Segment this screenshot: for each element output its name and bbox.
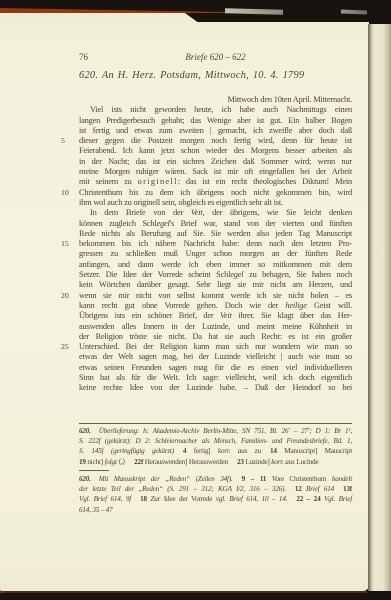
text-line: Viel ists nicht geworden heute, ich habe… — [79, 105, 352, 115]
text-line: in der Nacht; das ist ein sichres Zeiche… — [79, 157, 352, 167]
text-line: mit seinem zu originell: das ist ein rec… — [79, 177, 352, 187]
text-line: Übrigens ists ein schöner Brief, der Vei… — [79, 311, 352, 321]
text-line: anfangen, und dann werde ich eben immer … — [79, 260, 352, 270]
text-segment: der letzte Teil der „Reden“ (S. 291 – 31… — [79, 485, 286, 493]
text-segment: : das ist ein recht theologisches Diktum… — [178, 177, 352, 186]
text-line: der Religion tröste sie nicht. Da hat si… — [79, 332, 352, 342]
text-segment: Sinn hat als für die Welt. Ich sage: vie… — [79, 373, 352, 382]
text-segment: egel — [157, 219, 170, 228]
apparatus-commentary: 620.Mit Manuskript der „Reden“ (Zeilen 3… — [79, 474, 352, 515]
text-segment: gressen zu schließen muß Unger schon mor… — [79, 249, 352, 258]
text-segment: bekommen bis ich nähere Nachricht habe: … — [79, 239, 352, 248]
text-line: Mittwoch den 10ten April. Mitternacht. — [79, 95, 352, 105]
headband-streak — [341, 10, 367, 15]
text-segment: keine rechte Idee von der Luzinde habe. … — [79, 383, 352, 392]
text-segment: fertig] — [186, 447, 218, 455]
text-line: ihm wol auch zu originell sein, obgleich… — [79, 198, 352, 208]
text-segment: dieser gegen die Postzeit morgen noch fe… — [79, 136, 352, 145]
text-segment: Christenthum bis zu dem ich übrigens noc… — [79, 188, 352, 197]
text-segment: vgl. Brief 614, 10 – 14. — [216, 495, 287, 503]
text-segment: können zugleich Schl — [79, 219, 157, 228]
text-segment: ihm wol auch zu originell sein, obgleich… — [79, 198, 283, 207]
text-segment: Christenthum — [284, 475, 332, 483]
text-segment: handelt — [332, 475, 352, 483]
apparatus-rule — [79, 423, 352, 424]
text-segment: 620. — [79, 427, 91, 435]
text-line: der letzte Teil der „Reden“ (S. 291 – 31… — [79, 484, 352, 494]
text-line: meine Morgen ruhiger wären. Sack ist mir… — [79, 167, 352, 177]
text-segment: , der übrigens, wie Sie leicht denken — [203, 208, 352, 217]
text-line: auswenden alles Innern in der Luzinde, u… — [79, 322, 352, 332]
letter-body: Mittwoch den 10ten April. Mitternacht.Vi… — [79, 95, 352, 394]
text-line: 10Christenthum bis zu dem ich übrigens n… — [79, 188, 352, 198]
text-segment: folgt — [105, 458, 117, 466]
text-segment: 614, 35 – 47 — [79, 506, 113, 514]
text-line: 620.Mit Manuskript der „Reden“ (Zeilen 3… — [79, 474, 352, 484]
text-segment: egel — [230, 270, 243, 279]
text-segment: Herauswenden] Herauswerden — [143, 458, 228, 466]
text-segment: nicht] — [86, 458, 105, 466]
text-line: Vgl. Brief 614, 9f18 Zur Idee der Vorred… — [79, 494, 352, 504]
text-line: ist fertig und etwas zum zweiten | gemac… — [79, 126, 352, 136]
text-line: kein Wörtchen darüber gesagt. Sehr liegt… — [79, 280, 352, 290]
text-segment: 620. — [79, 475, 91, 483]
text-line: 5dieser gegen die Postzeit morgen noch f… — [79, 136, 352, 146]
text-line: Rede nichts als Berufung auf Sie. Sie we… — [79, 229, 352, 239]
text-segment: 14 — [270, 447, 277, 455]
text-line: können zugleich Schlegel's Brief war, st… — [79, 219, 352, 229]
text-line: 614, 35 – 47 — [79, 505, 352, 515]
text-segment: auswenden alles Innern in der Luzinde, u… — [79, 322, 352, 331]
text-segment: Überlieferung: h: Akademie-Archiv Berlin… — [99, 427, 352, 435]
text-segment: Vom — [272, 475, 284, 483]
folio-number: 76 — [79, 52, 88, 62]
text-line: langen Predigerbesuch gehabt; das Wenige… — [79, 116, 352, 126]
bottom-edge-line — [2, 591, 367, 593]
text-segment: 22f — [134, 458, 143, 466]
text-segment: Setzer. Die Idee der Vorrede scheint Sch… — [79, 270, 230, 279]
text-segment: kein Wörtchen darüber gesagt. Sehr liegt… — [79, 280, 352, 289]
text-segment: originell — [138, 177, 178, 186]
apparatus-divider-rule — [79, 470, 109, 471]
text-segment: zu behagen, Sie haben noch — [243, 270, 352, 279]
letter-heading: 620. An H. Herz. Potsdam, Mittwoch, 10. … — [79, 70, 352, 81]
text-segment: Veit — [191, 208, 203, 217]
text-segment: in der Nacht; das ist ein sichres Zeiche… — [79, 157, 352, 166]
text-segment: ihrer. Sie klagt über das Her- — [232, 311, 352, 320]
text-segment: wenn sie mir nicht von selbst kommt werd… — [79, 291, 352, 300]
text-segment: Unterschied. Bei der Religion kann man s… — [79, 342, 352, 351]
text-segment: Mittwoch den 10ten April. Mitternacht. — [227, 95, 352, 104]
text-segment: 's Brief war, stand von der vierten und … — [170, 219, 352, 228]
line-number: 5 — [61, 136, 75, 146]
text-segment: etwas seinen Freunden sagen mag für die … — [79, 363, 352, 372]
text-line: Feierabend. Ich kann jetzt schon wieder … — [79, 146, 352, 156]
text-segment: langen Predigerbesuch gehabt; das Wenige… — [79, 116, 352, 125]
text-line: 19 nicht] folgt ⟨,⟩22f Herauswenden] Her… — [79, 457, 352, 467]
text-line: 25Unterschied. Bei der Religion kann man… — [79, 342, 352, 352]
text-segment: Vgl. Brief 614, 9f — [79, 495, 131, 503]
text-line: gressen zu schließen muß Unger schon mor… — [79, 249, 352, 259]
text-segment: S. 145f (geringfügig gekürzt) — [79, 447, 174, 455]
text-segment: der Religion tröste sie nicht. Da hat si… — [79, 332, 352, 341]
text-segment: kann recht gut ohne Vorrede gehen. Doch … — [79, 301, 285, 310]
text-line: 15bekommen bis ich nähere Nachricht habe… — [79, 239, 352, 249]
text-line: In dem Briefe von der Veit, der übrigens… — [79, 208, 352, 218]
text-segment: ist fertig und etwas zum zweiten | gemac… — [79, 126, 352, 135]
text-segment: Übrigens ists ein schöner Brief, der — [79, 311, 220, 320]
text-line: Sinn hat als für die Welt. Ich sage: vie… — [79, 373, 352, 383]
running-header: 76 Briefe 620 – 622 — [79, 52, 352, 64]
line-number: 20 — [61, 291, 75, 301]
text-segment: anfangen, und dann werde ich eben immer … — [79, 260, 352, 269]
text-segment: meine Morgen ruhiger wären. Sack ist mir… — [79, 167, 352, 176]
running-head: Briefe 620 – 622 — [79, 52, 352, 62]
text-segment: Feierabend. Ich kann jetzt schon wieder … — [79, 146, 352, 155]
text-line: etwas seinen Freunden sagen mag für die … — [79, 363, 352, 373]
text-segment: Lucinde — [295, 458, 319, 466]
top-right-shadow — [185, 13, 391, 22]
text-segment: heilige — [285, 301, 306, 310]
text-segment: Zur — [150, 495, 160, 503]
text-segment: korr. aus — [271, 458, 294, 466]
text-segment: zu — [247, 447, 261, 455]
text-segment: 22 – 24 — [296, 495, 320, 503]
text-segment: 19 — [79, 458, 86, 466]
text-line: S. 145f (geringfügig gekürzt)4 fertig] k… — [79, 446, 352, 456]
line-number: 15 — [61, 239, 75, 249]
text-segment: Mit Manuskript der „Reden“ (Zeilen 34f). — [99, 475, 233, 483]
text-line: kann recht gut ohne Vorrede gehen. Doch … — [79, 301, 352, 311]
text-segment: Brief 614 — [306, 485, 334, 493]
text-line: keine rechte Idee von der Luzinde habe. … — [79, 383, 352, 393]
text-line: S. 222f (gekürzt); D 2: Schleiermacher a… — [79, 436, 352, 446]
text-segment: ⟨,⟩ — [117, 458, 125, 466]
text-segment: etwas der Welt sagen mag, bei der Luzind… — [79, 352, 352, 361]
line-number: 25 — [61, 342, 75, 352]
text-segment: Luzinde] — [244, 458, 272, 466]
text-segment: korr. aus — [218, 447, 247, 455]
text-segment: S. 222f (gekürzt); D 2: Schleiermacher a… — [79, 437, 352, 445]
text-segment: Viel ists nicht geworden heute, ich habe… — [90, 105, 352, 114]
text-segment: Rede nichts als Berufung auf Sie. Sie we… — [79, 229, 352, 238]
text-segment: In dem Briefe von der — [90, 208, 191, 217]
text-segment: 23 — [237, 458, 244, 466]
text-segment: Manuscript] Mauscript — [277, 447, 352, 455]
text-segment: Vgl. Brief — [324, 495, 352, 503]
text-segment: Idee der Vorrede — [160, 495, 216, 503]
text-segment: 12 — [295, 485, 302, 493]
text-segment: Veit — [220, 311, 232, 320]
apparatus-variants: 620.Überlieferung: h: Akademie-Archiv Be… — [79, 426, 352, 467]
text-segment: Geist will. — [307, 301, 352, 310]
text-segment: 18 — [140, 495, 147, 503]
text-line: Setzer. Die Idee der Vorrede scheint Sch… — [79, 270, 352, 280]
fore-edge-pages — [368, 24, 391, 591]
book-photo: { "colors":{ "page_bg":"#f4f1db", "ink":… — [0, 0, 391, 600]
text-line: etwas der Welt sagen mag, bei der Luzind… — [79, 352, 352, 362]
page: 76 Briefe 620 – 622 620. An H. Herz. Pot… — [0, 13, 369, 591]
text-segment: mit seinem zu — [79, 177, 138, 186]
text-segment: 9 – 11 — [242, 475, 267, 483]
line-number: 10 — [61, 188, 75, 198]
text-segment: 13f — [343, 485, 352, 493]
text-line: 20wenn sie mir nicht von selbst kommt we… — [79, 291, 352, 301]
text-line: 620.Überlieferung: h: Akademie-Archiv Be… — [79, 426, 352, 436]
